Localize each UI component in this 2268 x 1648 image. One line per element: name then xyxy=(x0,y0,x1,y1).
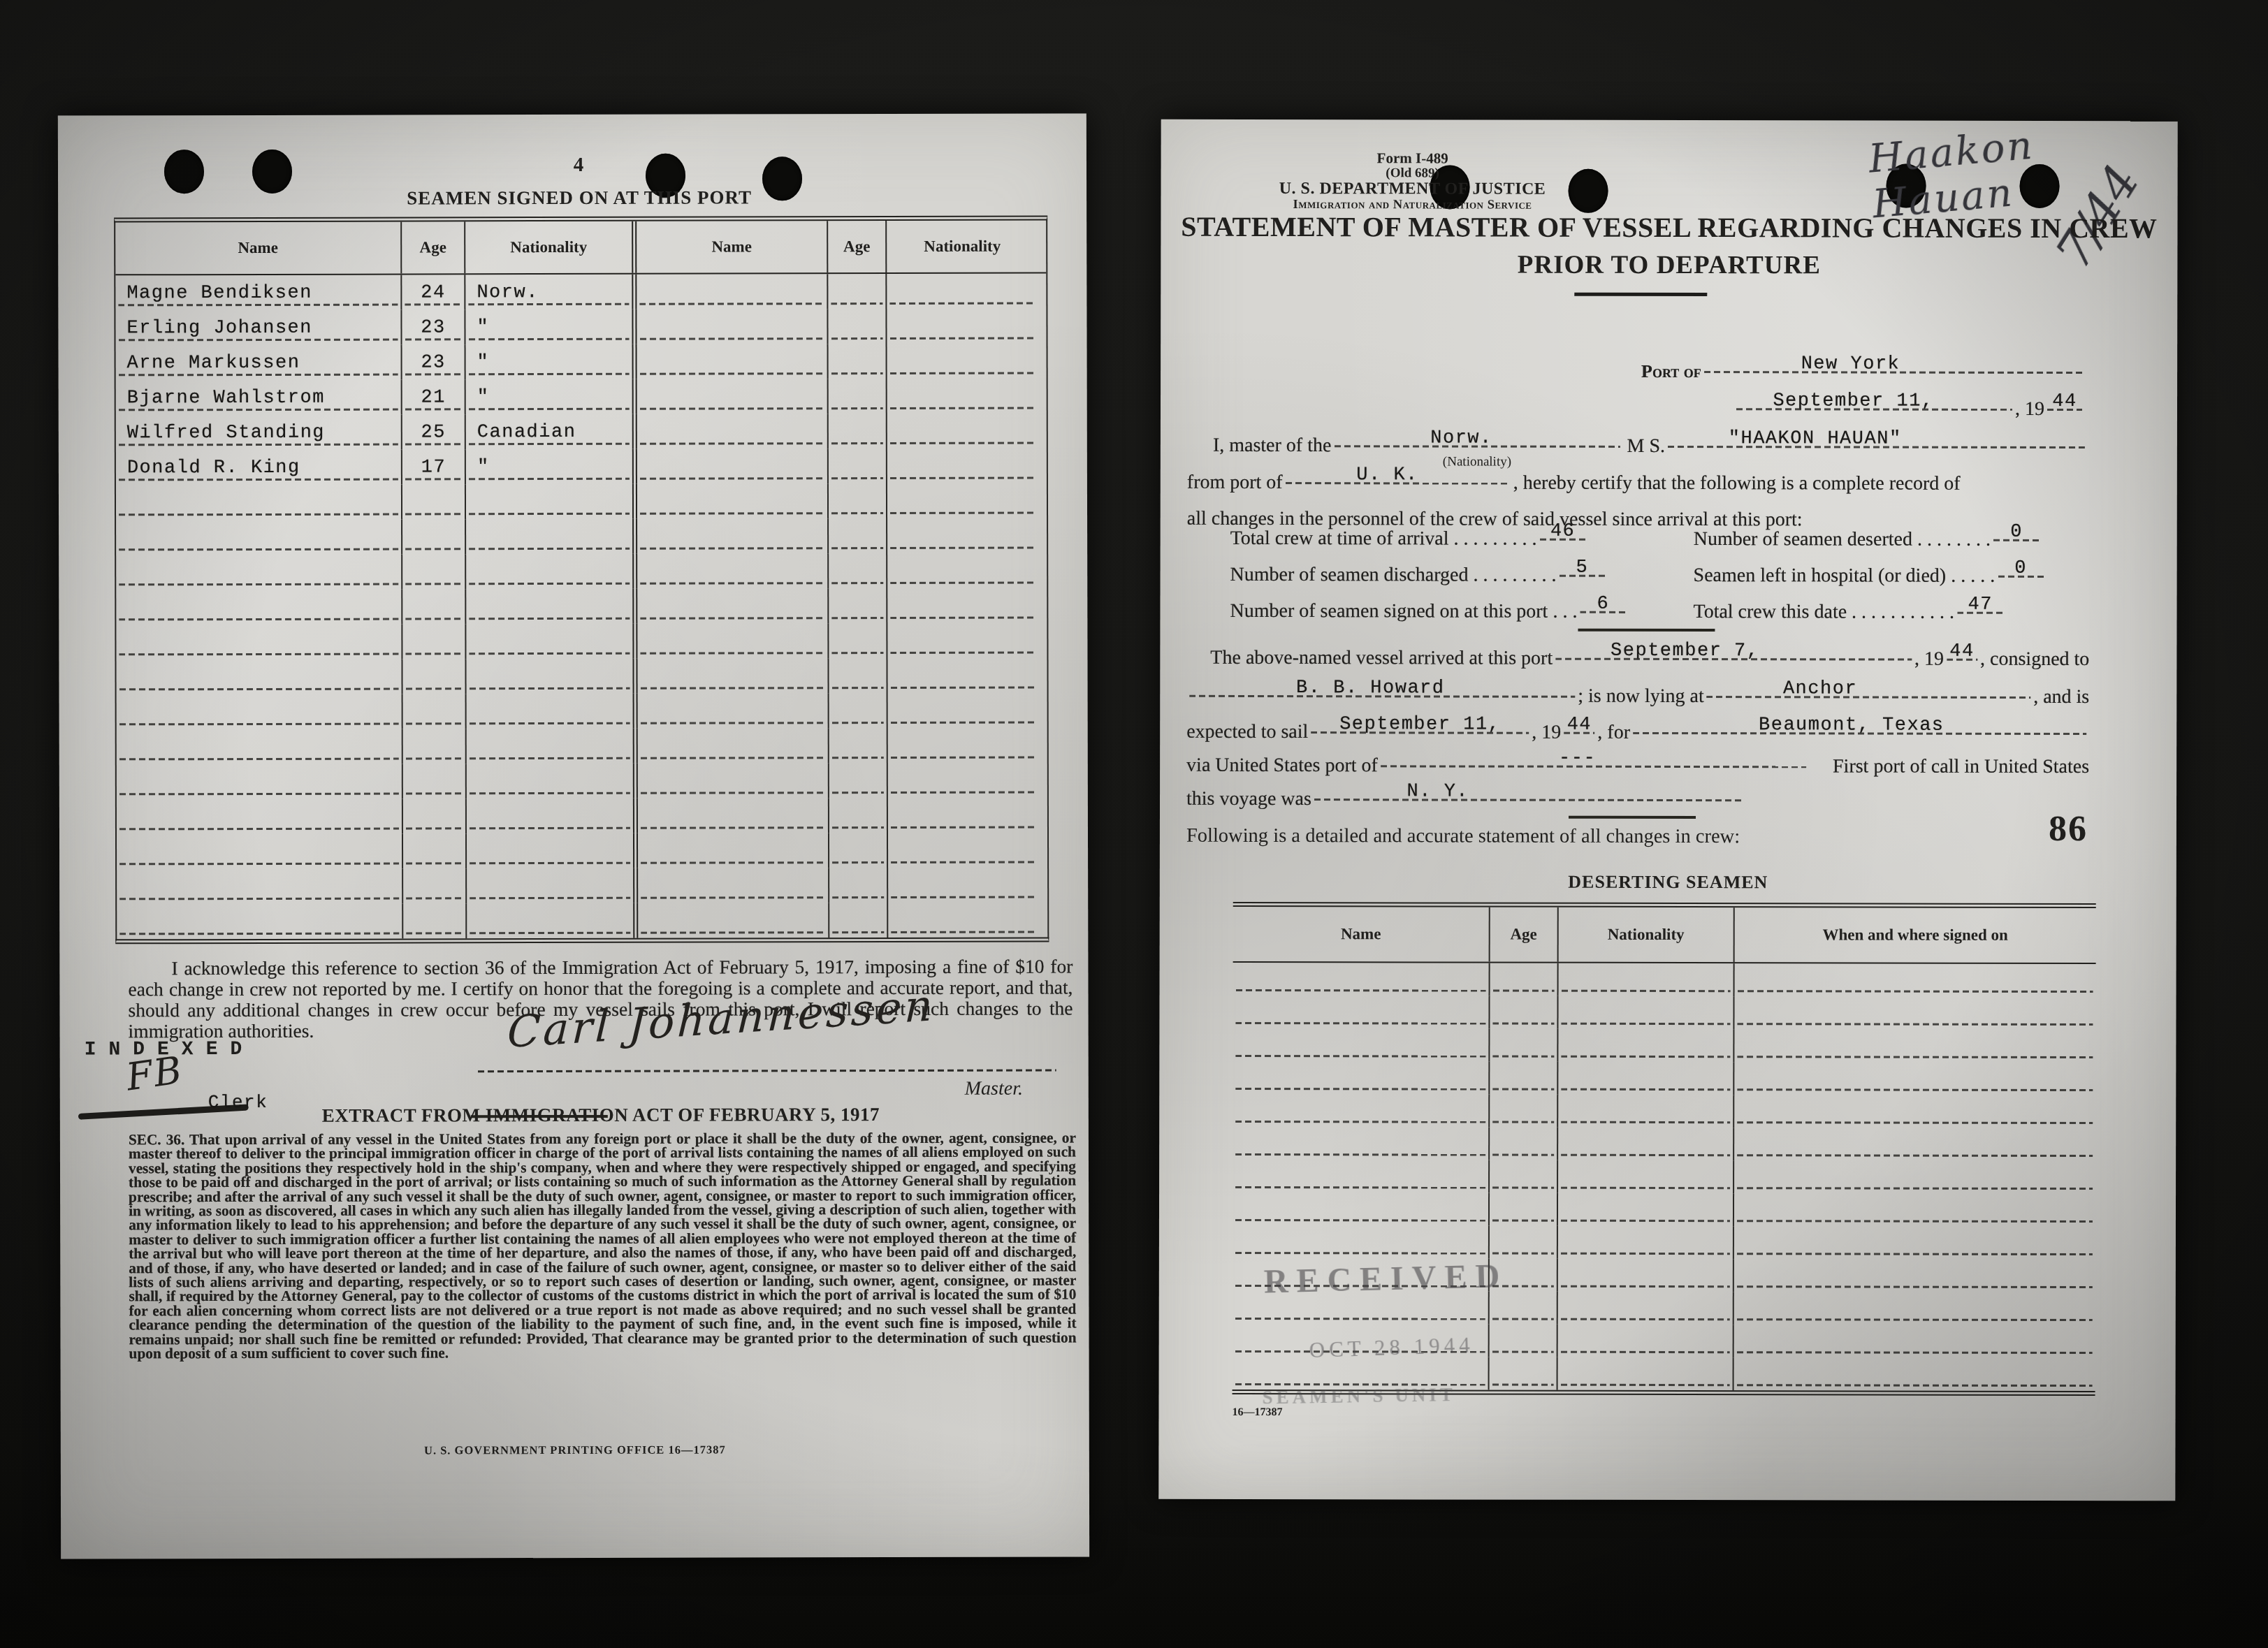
date-blank: September 11, xyxy=(1733,414,2015,415)
table-cell-empty xyxy=(829,833,888,868)
table-cell-empty xyxy=(887,623,1038,658)
master-label: Master. xyxy=(965,1078,1023,1100)
table-cell-empty xyxy=(403,799,467,833)
arrived-line5: this voyage was N. Y. xyxy=(1186,789,1745,811)
column-header: Age xyxy=(402,221,465,273)
table-cell-empty xyxy=(1490,1292,1558,1325)
table-cell-empty xyxy=(1490,1325,1558,1357)
typed-entry: " xyxy=(477,352,490,373)
stat-value: 0 xyxy=(2010,522,2023,543)
table-row xyxy=(1233,996,2095,1030)
table-cell-empty xyxy=(637,379,829,414)
table-cell: 21 xyxy=(402,379,466,414)
rule-line xyxy=(1578,629,1715,632)
certify-line: from port of U. K. , hereby certify that… xyxy=(1187,472,2088,495)
title-underline xyxy=(1574,293,1707,296)
deserting-table-rows xyxy=(1233,963,2096,1391)
rule-line xyxy=(1569,816,1696,819)
table-cell-empty xyxy=(888,798,1039,833)
table-cell-empty xyxy=(829,728,888,763)
typed-entry: " xyxy=(477,317,489,338)
vessel-name-blank: "HAAKON HAUAN" xyxy=(1665,452,2088,453)
stat-line: Total crew this date . . . . . . . . . .… xyxy=(1693,601,2006,624)
table-cell-empty xyxy=(1490,963,1559,996)
table-cell-empty xyxy=(1558,1095,1734,1128)
via-blank: --- xyxy=(1378,771,1809,772)
table-cell-empty xyxy=(466,624,637,659)
table-cell-empty xyxy=(887,379,1038,414)
table-cell-empty xyxy=(1734,1193,2095,1227)
table-cell-empty xyxy=(829,623,887,658)
vessel-prefix: M S. xyxy=(1627,436,1666,458)
sail-date: September 11, xyxy=(1339,714,1500,735)
table-cell-empty xyxy=(887,274,1038,309)
typed-entry: 23 xyxy=(421,317,445,338)
column-header: Name xyxy=(637,221,828,273)
table-row: Donald R. King17" xyxy=(116,449,1047,486)
table-cell-empty xyxy=(637,658,829,694)
table-row xyxy=(117,903,1047,940)
column-header: Nationality xyxy=(1559,907,1735,962)
port-line: Port of New York xyxy=(1641,362,2085,383)
table-cell-empty xyxy=(888,903,1039,938)
table-cell-empty xyxy=(1233,1160,1490,1193)
column-header: Name xyxy=(1233,907,1490,962)
consignee-blank: B. B. Howard xyxy=(1186,701,1578,702)
table-cell-empty xyxy=(1233,1028,1490,1062)
table-row xyxy=(1233,1193,2095,1227)
typed-entry: Wilfred Standing xyxy=(127,423,325,444)
left-page-title: SEAMEN SIGNED ON AT THIS PORT xyxy=(114,187,1045,210)
table-cell-empty xyxy=(829,449,887,483)
table-cell-empty xyxy=(829,763,888,798)
arrived-year-prefix: , 19 xyxy=(1914,649,1944,671)
sail-date-blank: September 11, xyxy=(1308,738,1532,738)
table-cell-empty xyxy=(829,693,888,728)
table-cell-empty xyxy=(403,833,467,868)
table-cell-empty xyxy=(1490,1095,1558,1128)
table-cell-empty xyxy=(829,798,888,833)
table-cell-empty xyxy=(829,868,888,903)
table-cell-empty xyxy=(1734,1325,2095,1358)
table-cell: Erling Johansen xyxy=(115,310,402,346)
table-cell-empty xyxy=(117,834,403,870)
table-cell-empty xyxy=(466,659,637,694)
arrived-line2: B. B. Howard ; is now lying at Anchor , … xyxy=(1186,685,2089,708)
form-identification: Form I-489 (Old 689) U. S. DEPARTMENT OF… xyxy=(1230,150,1594,213)
table-cell-empty xyxy=(467,868,638,904)
arrived-line4: via United States port of --- First port… xyxy=(1186,755,2089,778)
table-cell-empty xyxy=(116,485,402,520)
table-row xyxy=(117,833,1047,870)
table-cell-empty xyxy=(402,624,466,659)
table-cell-empty xyxy=(887,449,1038,483)
typed-entry: 17 xyxy=(421,457,446,478)
stat-line: Number of seamen discharged . . . . . . … xyxy=(1230,564,1608,587)
table-cell-empty xyxy=(1734,1226,2095,1260)
table-cell-empty xyxy=(888,763,1039,798)
table-cell-empty xyxy=(1734,1292,2095,1325)
table-cell-empty xyxy=(829,483,887,518)
table-cell-empty xyxy=(637,623,829,659)
consignee: B. B. Howard xyxy=(1296,678,1444,699)
table-row: Magne Bendiksen24Norw. xyxy=(115,274,1046,311)
table-cell-empty xyxy=(637,518,829,554)
table-row xyxy=(1233,1061,2095,1095)
table-cell-empty xyxy=(829,414,887,449)
deserting-seamen-table: Name Age Nationality When and where sign… xyxy=(1233,902,2096,1396)
column-header: Name xyxy=(115,222,402,275)
lying-value: Anchor xyxy=(1783,678,1857,699)
date-line: September 11, , 19 44 xyxy=(1733,398,2085,421)
from-port-label: from port of xyxy=(1187,472,1283,494)
column-header: When and where signed on xyxy=(1735,907,2096,963)
table-cell-empty xyxy=(887,588,1038,623)
table-row xyxy=(117,798,1047,835)
table-cell-empty xyxy=(1735,963,2096,997)
form-number-old: (Old 689) xyxy=(1231,166,1594,181)
table-cell-empty xyxy=(1559,963,1735,996)
table-row xyxy=(1233,963,2096,997)
typed-entry: 21 xyxy=(421,387,445,408)
stat-value: 5 xyxy=(1576,557,1589,578)
vessel-name: "HAAKON HAUAN" xyxy=(1729,428,1902,449)
table-row xyxy=(116,483,1047,520)
master-intro: I, master of the xyxy=(1213,435,1332,457)
stat-label: Number of seamen discharged . . . . . . … xyxy=(1230,564,1557,587)
table-row xyxy=(116,623,1047,660)
table-cell-empty xyxy=(402,519,466,554)
punch-hole-icon xyxy=(252,150,292,194)
typed-entry: Arne Markussen xyxy=(127,353,300,374)
consigned-label: , consigned to xyxy=(1980,649,2089,671)
received-stamp: RECEIVED xyxy=(1263,1257,1509,1301)
table-cell-empty xyxy=(466,589,637,625)
page-number: 4 xyxy=(547,154,610,177)
voyage-blank: N. Y. xyxy=(1311,805,1745,805)
table-cell: 17 xyxy=(402,449,466,484)
from-port-blank: U. K. xyxy=(1283,488,1513,489)
table-cell-empty xyxy=(1233,1061,1490,1095)
table-cell-empty xyxy=(1558,1292,1734,1325)
table-cell-empty xyxy=(887,344,1038,379)
left-page: 4 SEAMEN SIGNED ON AT THIS PORT Name Age… xyxy=(58,113,1089,1559)
via-value: --- xyxy=(1559,748,1596,769)
table-cell-empty xyxy=(638,868,829,903)
typed-entry: Donald R. King xyxy=(127,458,300,479)
department-name: U. S. DEPARTMENT OF JUSTICE xyxy=(1231,180,1594,199)
table-cell-empty xyxy=(1558,996,1734,1029)
table-cell-empty xyxy=(1558,1226,1734,1259)
table-cell-empty xyxy=(637,588,829,624)
punch-hole-icon xyxy=(164,150,204,194)
table-cell-empty xyxy=(1734,1128,2095,1161)
stat-value: 0 xyxy=(2014,558,2027,579)
year-value: 44 xyxy=(2052,391,2077,412)
table-header-row: Name Age Nationality Name Age Nationalit… xyxy=(115,221,1046,276)
nationality-value: Norw. xyxy=(1430,428,1492,449)
table-cell-empty xyxy=(637,344,829,379)
table-cell-empty xyxy=(828,274,887,309)
table-cell-empty xyxy=(466,484,637,520)
typed-entry: Erling Johansen xyxy=(126,318,312,340)
deserting-seamen-title: DESERTING SEAMEN xyxy=(1160,871,2176,894)
table-cell-empty xyxy=(467,903,638,939)
table-cell-empty xyxy=(1734,1095,2095,1128)
extract-body: SEC. 36. That upon arrival of any vessel… xyxy=(129,1130,1077,1360)
table-cell-empty xyxy=(829,379,887,414)
table-cell-empty xyxy=(1490,1128,1558,1160)
signed-on-table-rows: Magne Bendiksen24Norw.Erling Johansen23"… xyxy=(115,274,1047,940)
column-header: Nationality xyxy=(887,221,1038,272)
right-page: Form I-489 (Old 689) U. S. DEPARTMENT OF… xyxy=(1158,119,2177,1501)
following-text: Following is a detailed and accurate sta… xyxy=(1186,825,1740,848)
table-cell-empty xyxy=(888,833,1039,868)
voyage-label: this voyage was xyxy=(1186,789,1311,810)
table-cell-empty xyxy=(467,833,638,869)
table-cell: Magne Bendiksen xyxy=(115,275,402,311)
table-cell-empty xyxy=(638,833,829,868)
table-cell-empty xyxy=(117,694,403,730)
table-cell-empty xyxy=(829,518,887,553)
table-cell: Donald R. King xyxy=(116,450,402,486)
table-cell-empty xyxy=(1734,1062,2095,1095)
table-cell-empty xyxy=(638,693,829,729)
table-cell-empty xyxy=(467,694,638,729)
typed-entry: " xyxy=(477,457,490,478)
typed-entry: 24 xyxy=(421,282,445,303)
table-cell: 23 xyxy=(402,309,465,344)
table-row xyxy=(116,518,1047,555)
table-cell-empty xyxy=(1558,1062,1734,1095)
destination-blank: Beaumont, Texas xyxy=(1630,738,2089,739)
table-cell-empty xyxy=(1490,1226,1558,1259)
table-cell-empty xyxy=(1233,1127,1490,1160)
table-cell-empty xyxy=(829,588,887,623)
table-cell-empty xyxy=(829,344,887,379)
table-cell-empty xyxy=(1490,1357,1558,1390)
table-cell: Bjarne Wahlstrom xyxy=(116,380,402,416)
stat-label: Seamen left in hospital (or died) . . . … xyxy=(1694,565,1996,588)
table-cell-empty xyxy=(637,449,829,484)
table-cell-empty xyxy=(638,798,829,833)
table-cell-empty xyxy=(467,799,638,834)
table-cell: 25 xyxy=(402,414,466,449)
table-cell-empty xyxy=(403,729,467,764)
stat-label: Total crew this date . . . . . . . . . .… xyxy=(1693,601,1954,623)
table-cell-empty xyxy=(1734,1259,2095,1292)
table-cell-empty xyxy=(116,625,402,660)
table-cell-empty xyxy=(1233,1193,1490,1226)
table-cell-empty xyxy=(1558,1128,1734,1160)
typed-entry: Canadian xyxy=(477,422,576,443)
nationality-blank: Norw. (Nationality) xyxy=(1331,451,1622,452)
typed-entry: 25 xyxy=(421,422,446,443)
stat-label: Number of seamen deserted . . . . . . . … xyxy=(1694,529,1991,551)
column-header: Age xyxy=(828,221,887,272)
table-cell-empty xyxy=(1233,996,1490,1029)
table-cell-empty xyxy=(403,694,467,729)
table-cell: " xyxy=(466,379,637,415)
from-port-value: U. K. xyxy=(1356,465,1418,486)
arrived-line1: The above-named vessel arrived at this p… xyxy=(1210,648,2089,671)
table-cell-empty xyxy=(402,554,466,589)
stat-line: Number of seamen signed on at this port … xyxy=(1230,601,1629,623)
stat-line: Number of seamen deserted . . . . . . . … xyxy=(1694,529,2042,551)
master-line: I, master of the Norw. (Nationality) M S… xyxy=(1213,435,2088,458)
table-cell: Canadian xyxy=(466,414,637,450)
table-row xyxy=(1233,1028,2095,1063)
column-header: Nationality xyxy=(465,221,637,274)
table-cell-empty xyxy=(1233,963,1490,996)
typed-entry: " xyxy=(477,387,490,408)
table-cell-empty xyxy=(637,553,829,589)
table-cell-empty xyxy=(888,693,1039,728)
table-cell-empty xyxy=(888,728,1039,763)
table-cell-empty xyxy=(829,658,887,693)
table-cell-empty xyxy=(1490,1193,1558,1226)
table-row xyxy=(117,868,1047,905)
seamen-signed-on-table: Name Age Nationality Name Age Nationalit… xyxy=(114,216,1049,945)
signature-line xyxy=(478,1070,1056,1073)
via-label: via United States port of xyxy=(1186,755,1378,777)
typed-entry: Bjarne Wahlstrom xyxy=(127,388,325,409)
first-port-label: First port of call in United States xyxy=(1833,756,2089,778)
gpo-footer: U. S. GOVERNMENT PRINTING OFFICE 16—1738… xyxy=(61,1442,1089,1458)
table-cell: Arne Markussen xyxy=(116,345,402,381)
table-cell-empty xyxy=(887,483,1038,518)
table-cell-empty xyxy=(116,520,402,555)
table-cell-empty xyxy=(1490,1029,1558,1062)
table-cell-empty xyxy=(1734,1357,2095,1391)
table-cell-empty xyxy=(1558,1193,1734,1226)
table-cell-empty xyxy=(116,555,402,590)
table-cell-empty xyxy=(402,589,466,624)
typed-entry: Norw. xyxy=(477,282,539,303)
nationality-caption: (Nationality) xyxy=(1443,454,1511,469)
destination: Beaumont, Texas xyxy=(1759,715,1944,736)
table-cell: 24 xyxy=(402,275,465,309)
table-cell: " xyxy=(466,449,637,485)
table-cell-empty xyxy=(1490,1160,1558,1193)
stat-label: Number of seamen signed on at this port … xyxy=(1230,601,1577,623)
stat-value: 6 xyxy=(1597,594,1610,615)
stat-value: 47 xyxy=(1968,595,1992,615)
port-blank: New York xyxy=(1701,377,2085,378)
table-cell-empty xyxy=(117,904,403,940)
table-cell: " xyxy=(465,309,637,345)
sail-year-prefix: , 19 xyxy=(1532,722,1561,744)
arrived-date: September 7, xyxy=(1611,641,1759,662)
table-row xyxy=(1233,1094,2095,1128)
clerk-initials: FB xyxy=(124,1048,186,1100)
stat-line: Total crew at time of arrival . . . . . … xyxy=(1230,528,1589,550)
table-cell-empty xyxy=(1233,1225,1490,1259)
port-label: Port of xyxy=(1641,362,1701,382)
for-label: , for xyxy=(1597,722,1630,744)
table-cell-empty xyxy=(403,764,467,799)
table-cell-empty xyxy=(1734,1029,2095,1063)
table-row: Erling Johansen23" xyxy=(115,309,1046,346)
table-row: Arne Markussen23" xyxy=(116,344,1047,381)
table-cell-empty xyxy=(1734,1160,2095,1194)
table-cell-empty xyxy=(637,483,829,519)
table-cell-empty xyxy=(637,414,829,449)
table-cell-empty xyxy=(117,729,403,765)
form-title-line1: STATEMENT OF MASTER OF VESSEL REGARDING … xyxy=(1161,210,2177,245)
table-cell-empty xyxy=(403,868,467,903)
form-title-line2: PRIOR TO DEPARTURE xyxy=(1161,249,2177,282)
sheet-number: 86 xyxy=(2049,808,2088,849)
table-row: Wilfred Standing25Canadian xyxy=(116,414,1047,451)
table-cell-empty xyxy=(888,868,1039,903)
table-row xyxy=(116,658,1047,695)
table-cell-empty xyxy=(116,590,402,625)
table-cell-empty xyxy=(466,554,637,590)
table-cell-empty xyxy=(467,729,638,764)
table-row xyxy=(1233,1160,2095,1194)
port-value: New York xyxy=(1801,353,1900,374)
table-row xyxy=(1233,1127,2095,1161)
table-cell-empty xyxy=(1558,1160,1734,1193)
table-cell-empty xyxy=(638,903,829,938)
table-cell-empty xyxy=(887,553,1038,588)
table-header-row: Name Age Nationality When and where sign… xyxy=(1233,907,2096,964)
table-cell-empty xyxy=(1233,1094,1490,1128)
date-value: September 11, xyxy=(1773,391,1933,411)
arrived-intro: The above-named vessel arrived at this p… xyxy=(1210,648,1553,670)
table-cell-empty xyxy=(828,309,887,344)
table-cell: Wilfred Standing xyxy=(116,415,402,451)
arrived-line3: expected to sail September 11, , 19 44 ,… xyxy=(1186,722,2089,745)
table-cell-empty xyxy=(117,869,403,905)
table-cell-empty xyxy=(1558,1357,1734,1390)
voyage-value: N. Y. xyxy=(1407,781,1469,802)
arrived-year: 44 xyxy=(1949,641,1974,662)
table-cell-empty xyxy=(1734,996,2095,1030)
sail-year: 44 xyxy=(1567,715,1592,736)
table-cell-empty xyxy=(887,658,1038,693)
table-cell-empty xyxy=(402,484,466,519)
table-cell-empty xyxy=(467,764,638,799)
table-row xyxy=(116,553,1047,590)
table-row xyxy=(117,693,1047,730)
sail-label: expected to sail xyxy=(1186,722,1308,743)
table-cell-empty xyxy=(466,519,637,555)
extract-title: EXTRACT FROM IMMIGRATION ACT OF FEBRUARY… xyxy=(129,1104,1073,1128)
table-cell-empty xyxy=(1490,996,1558,1029)
and-is-label: , and is xyxy=(2033,687,2089,708)
table-cell-empty xyxy=(402,659,466,694)
table-row xyxy=(116,588,1047,625)
table-row xyxy=(117,763,1047,800)
table-cell-empty xyxy=(403,903,467,938)
table-cell-empty xyxy=(117,799,403,835)
table-cell: 23 xyxy=(402,344,466,379)
year-prefix: , 19 xyxy=(2015,399,2044,421)
table-cell-empty xyxy=(116,659,402,695)
stat-label: Total crew at time of arrival . . . . . … xyxy=(1230,528,1537,550)
stat-line: Seamen left in hospital (or died) . . . … xyxy=(1694,565,2047,588)
table-cell-empty xyxy=(1558,1029,1734,1062)
table-cell: " xyxy=(466,344,637,380)
typed-entry: 23 xyxy=(421,352,445,373)
table-cell-empty xyxy=(637,274,828,309)
table-cell-empty xyxy=(887,518,1038,553)
table-cell-empty xyxy=(887,414,1038,449)
table-cell-empty xyxy=(1558,1259,1734,1292)
seamens-unit-stamp: SEAMEN'S UNIT xyxy=(1262,1384,1456,1408)
